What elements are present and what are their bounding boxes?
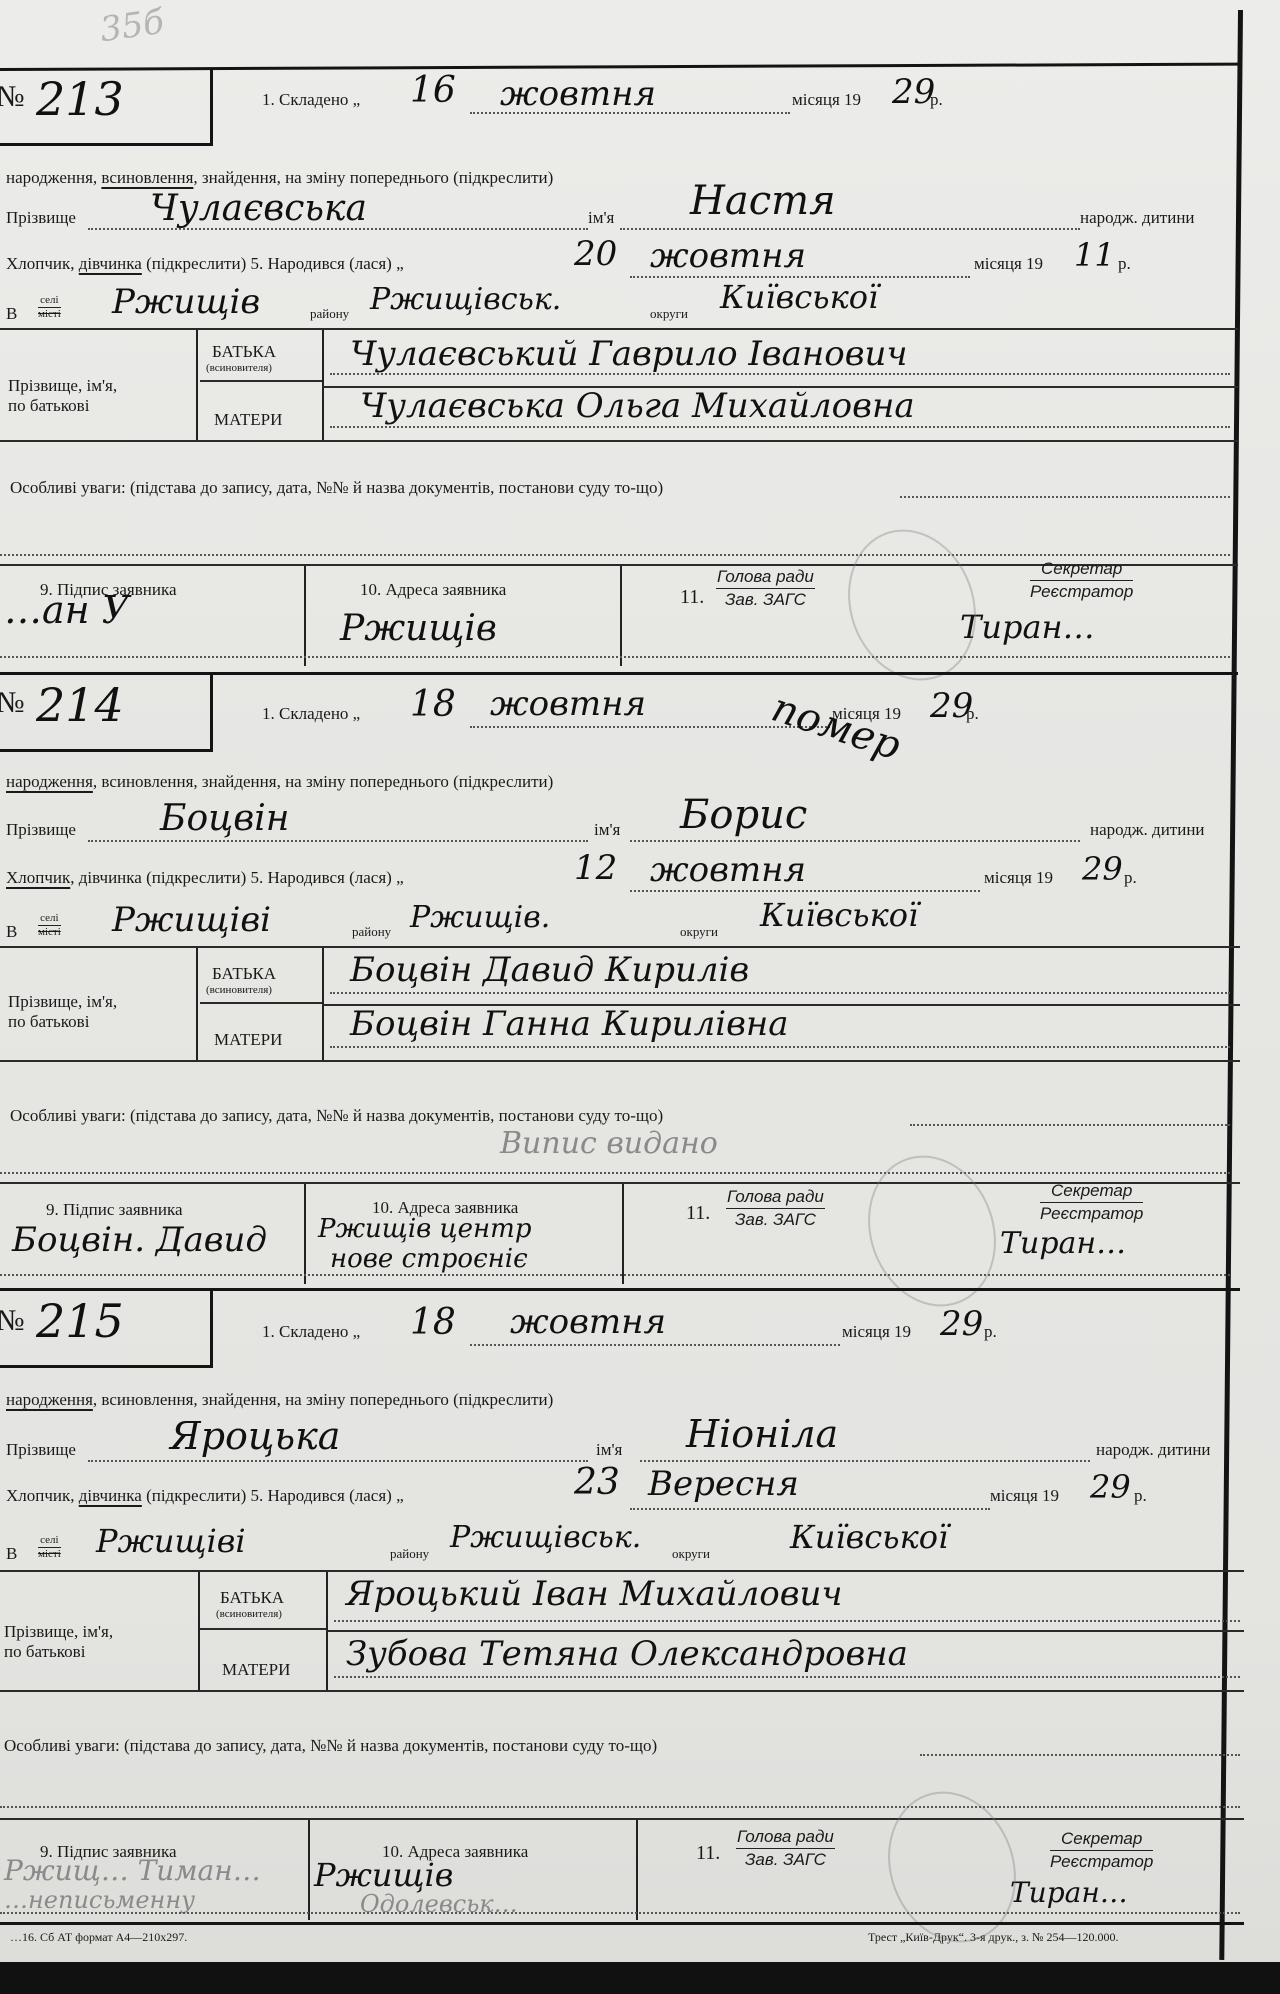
record-type-line: народження, всиновлення, знайдення, на з…: [6, 168, 553, 188]
sex-and-birth-line: Хлопчик, дівчинка (підкреслити) 5. Народ…: [6, 254, 404, 274]
compiled-year-label: місяця 19: [792, 90, 861, 110]
number-prefix: №: [0, 80, 25, 114]
applicant-signature: Боцвін. Давид: [12, 1220, 267, 1260]
remarks-label: Особливі уваги: (підстава до запису, дат…: [10, 478, 663, 498]
birth-day: 12: [574, 848, 617, 888]
father-name: Боцвін Давид Кирилів: [350, 950, 749, 990]
sex-and-birth-line: Хлопчик, дівчинка (підкреслити) 5. Народ…: [6, 1486, 404, 1506]
compiled-year: 29: [940, 1304, 983, 1344]
child-surname: Боцвін: [160, 798, 289, 839]
registrar-signature: Тиран…: [1010, 1876, 1128, 1909]
child-first-name: Настя: [690, 178, 836, 224]
child-surname: Чулаєвська: [150, 188, 367, 229]
birth-year: 11: [1074, 236, 1115, 274]
child-first-name: Борис: [680, 792, 807, 838]
birth-year: 29: [1082, 850, 1123, 888]
birth-day: 20: [574, 234, 617, 274]
parents-label: Прізвище, ім'я,по батькові: [8, 376, 117, 416]
record-215: № 215 1. Складено „ 18 жовтня місяця 19 …: [0, 1290, 1240, 1960]
okruha: Київської: [720, 278, 878, 316]
form-format-note: …16. Сб АТ формат А4—210x297.: [10, 1930, 187, 1945]
record-214: № 214 1. Складено „ 18 жовтня місяця 19 …: [0, 674, 1240, 1294]
applicant-signature: …ан У: [4, 588, 129, 632]
archive-pencil-mark: 35б: [98, 2, 167, 51]
scan-edge-shadow: [0, 1962, 1280, 1994]
child-first-name: Ніоніла: [686, 1412, 838, 1456]
record-type-line: народження, всиновлення, знайдення, на з…: [6, 1390, 553, 1410]
birth-place: Ржищів: [112, 282, 260, 322]
district: Ржищівськ.: [450, 1520, 641, 1555]
birth-year: 29: [1090, 1468, 1131, 1506]
father-name: Яроцький Іван Михайлович: [346, 1574, 843, 1614]
birth-place: Ржищіві: [112, 900, 271, 940]
compiled-day: 18: [410, 1302, 456, 1343]
printer-note: Трест „Київ-Друк“. 3-я друк., з. № 254—1…: [868, 1930, 1118, 1945]
birth-month: жовтня: [650, 850, 806, 890]
applicant-address-line-2: нове строєніє: [330, 1244, 528, 1274]
record-number-box: № 213: [0, 68, 213, 146]
record-number: 213: [36, 72, 124, 126]
stamp-mark: [827, 511, 996, 698]
mother-name: Боцвін Ганна Кирилівна: [350, 1004, 789, 1044]
birth-day: 23: [574, 1462, 620, 1503]
applicant-address: Ржищів: [340, 608, 497, 649]
village-city-selector: селімісті: [38, 294, 61, 321]
applicant-signature-line-1: Ржищ… Тиман…: [4, 1854, 261, 1887]
record-number: 215: [36, 1294, 124, 1348]
birth-month: Вересня: [648, 1464, 799, 1504]
registrar-signature: Тиран…: [1000, 1226, 1126, 1261]
compiled-label: 1. Складено „: [262, 90, 360, 110]
birth-place: Ржищіві: [96, 1522, 246, 1560]
mother-name: Зубова Тетяна Олександровна: [346, 1634, 908, 1674]
compiled-month: жовтня: [490, 684, 646, 724]
compiled-day: 16: [410, 70, 456, 111]
compiled-year: 29: [892, 72, 935, 112]
father-name: Чулаєвський Гаврило Іванович: [350, 334, 908, 374]
applicant-signature-line-2: …неписьменну: [4, 1886, 195, 1914]
okruha: Київської: [790, 1518, 948, 1556]
compiled-month: жовтня: [500, 74, 656, 114]
compiled-day: 18: [410, 684, 456, 725]
compiled-month: жовтня: [510, 1302, 666, 1342]
annotation-deceased: помер: [766, 685, 906, 770]
district: Ржищів.: [410, 900, 550, 935]
document-page: 35б № 213 1. Складено „ 16 жовтня місяця…: [0, 0, 1280, 1994]
remarks-value: Випис видано: [500, 1126, 718, 1161]
record-213: № 213 1. Складено „ 16 жовтня місяця 19 …: [0, 68, 1240, 678]
child-surname: Яроцька: [170, 1414, 340, 1458]
record-number-box: № 214: [0, 674, 213, 752]
mother-name: Чулаєвська Ольга Михайловна: [360, 386, 915, 426]
record-number-box: № 215: [0, 1290, 213, 1368]
district: Ржищівськ.: [370, 282, 561, 317]
sex-and-birth-line: Хлопчик, дівчинка (підкреслити) 5. Народ…: [6, 868, 404, 888]
applicant-address-line-1: Ржищів: [314, 1856, 453, 1894]
okruha: Київської: [760, 896, 918, 934]
applicant-address-line-1: Ржищів центр: [318, 1214, 531, 1244]
record-number: 214: [36, 678, 124, 732]
record-type-line: народження, всиновлення, знайдення, на з…: [6, 772, 553, 792]
birth-month: жовтня: [650, 236, 806, 276]
registrar-signature: Тиран…: [960, 608, 1095, 646]
